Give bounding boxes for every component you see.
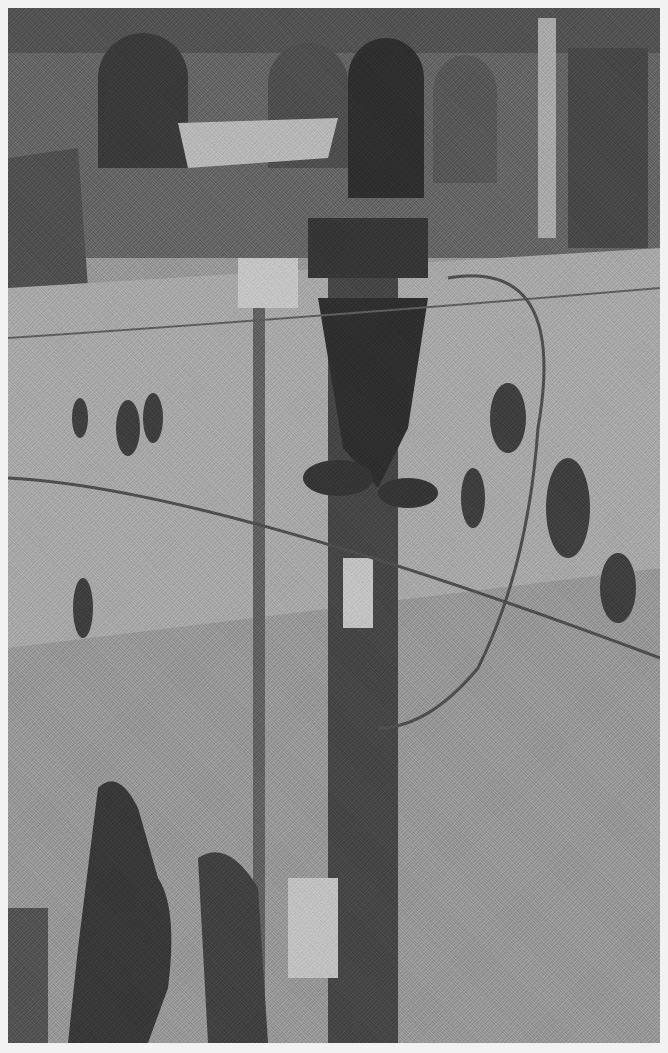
photograph [8, 8, 660, 1043]
street-scene [8, 8, 660, 1043]
arch-window [98, 33, 188, 168]
arch-window [348, 38, 424, 198]
sign-plate-lower [288, 878, 338, 978]
sign-plate [343, 558, 373, 628]
